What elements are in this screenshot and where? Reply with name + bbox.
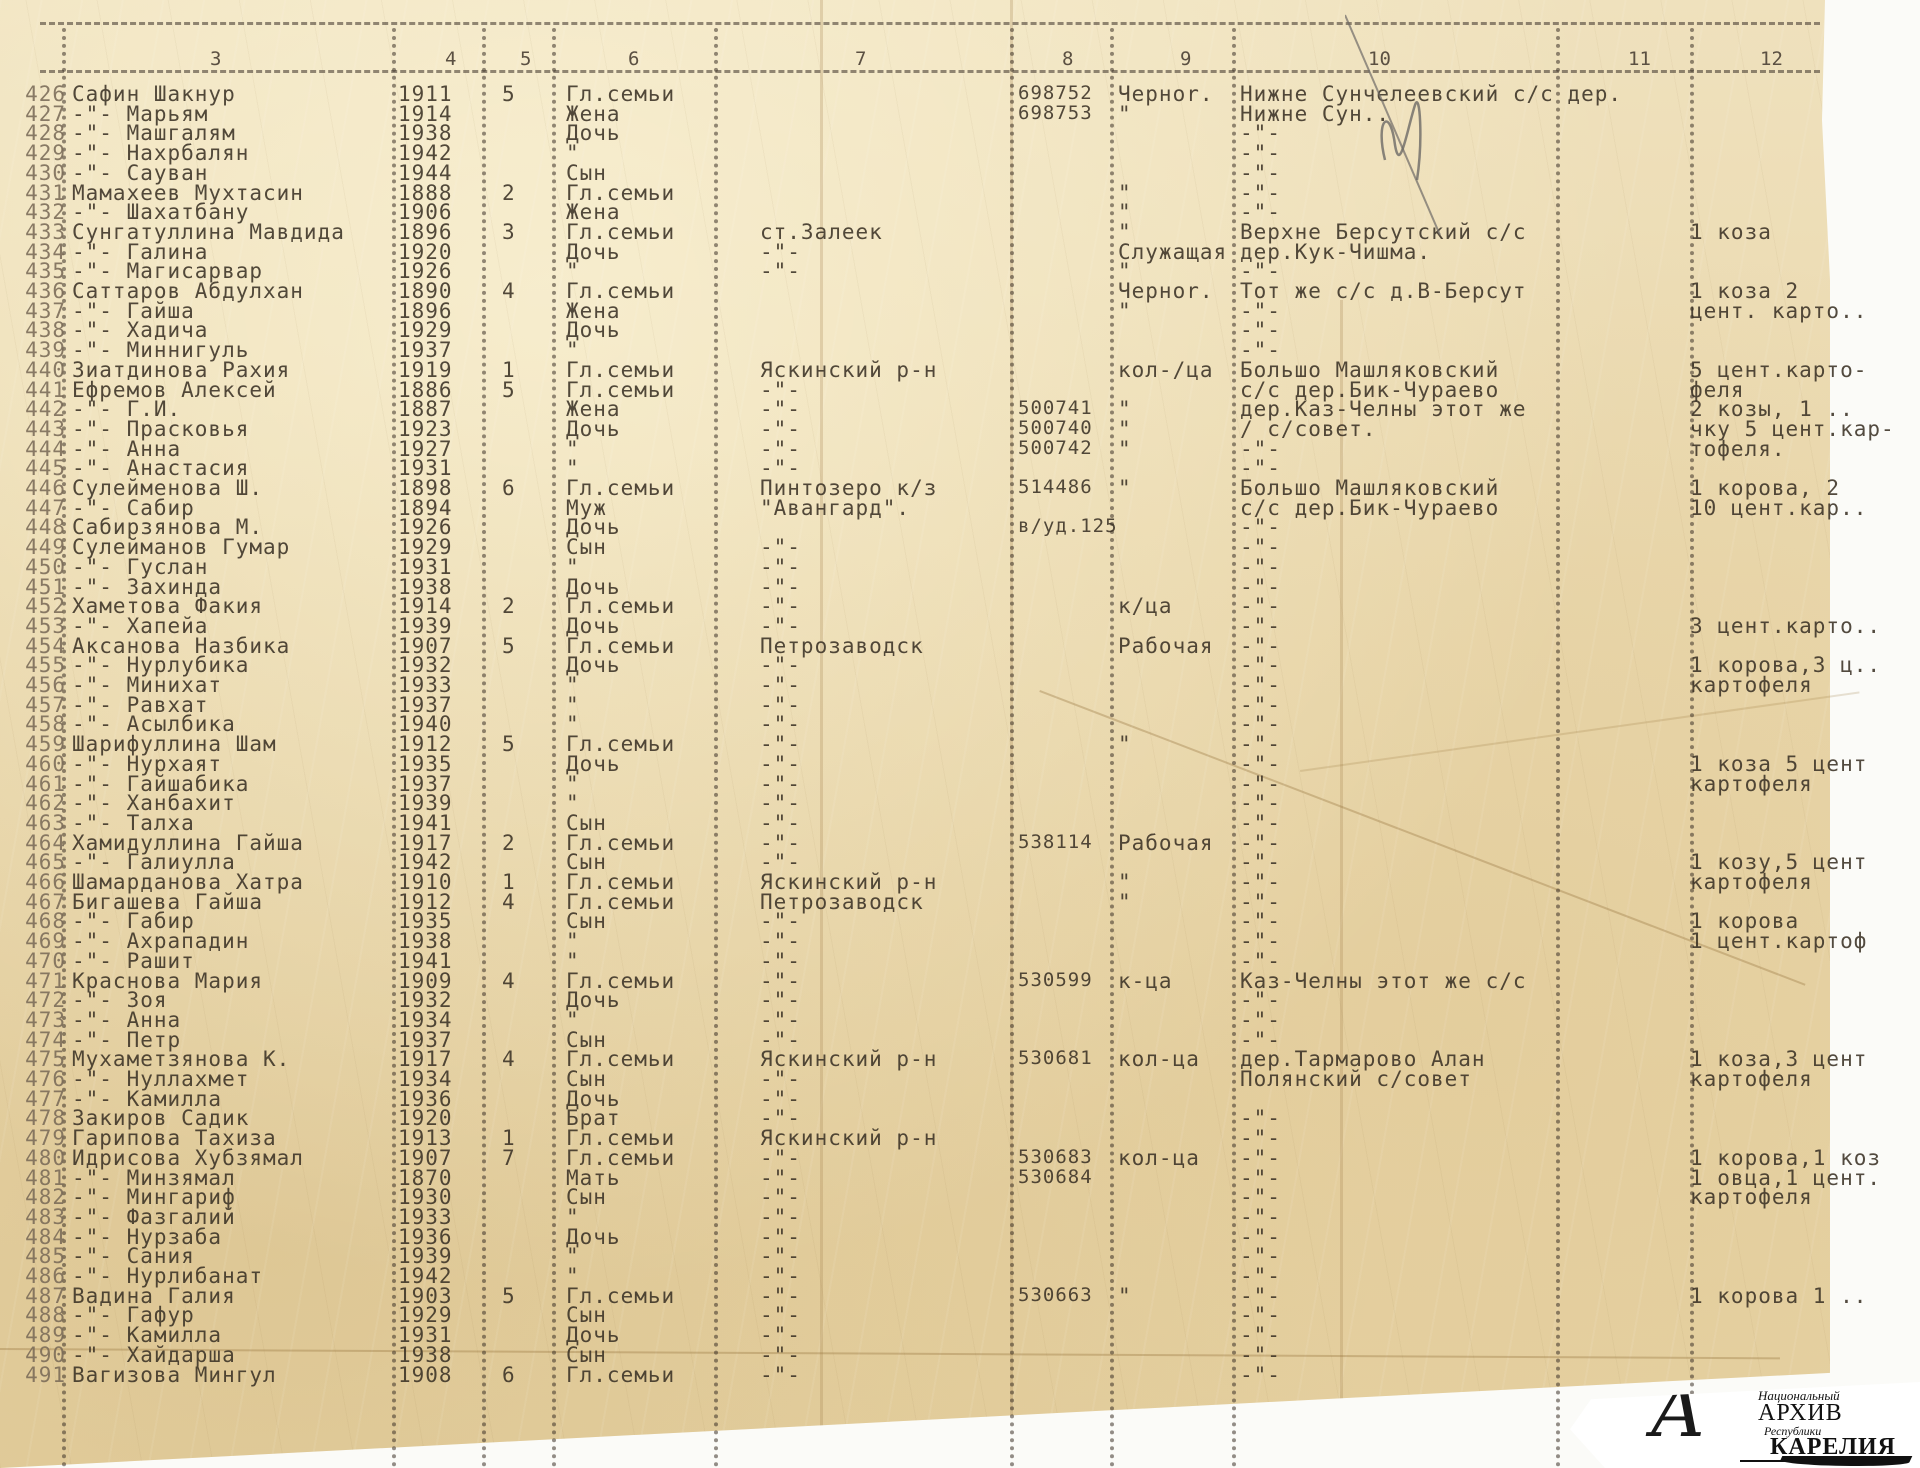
family-size: 2 [502,181,516,205]
occupation: " [1118,890,1132,914]
column-header-6: 6 [628,48,639,70]
passport-number: 500742 [1018,437,1093,459]
column-separator [1556,28,1560,1468]
passport-number: 698752 [1018,82,1093,104]
register-table: 3 4 5 6 7 8 9 10 11 12 426Сафин Шакнур19… [0,0,1830,1468]
column-header-12: 12 [1760,48,1783,70]
column-header-3: 3 [210,48,221,70]
passport-number: 514486 [1018,476,1093,498]
passport-number: 530683 [1018,1146,1093,1168]
occupation: " [1118,102,1132,126]
home-address: Тот же с/с д.В-Берсут [1240,279,1527,303]
family-size: 5 [502,378,516,402]
pencil-mark-icon [1345,10,1455,240]
occupation: кол-ца [1118,1047,1200,1071]
family-size: 2 [502,594,516,618]
property: картофеля [1690,1067,1813,1091]
property: картофеля [1690,1185,1813,1209]
column-header-7: 7 [855,48,866,70]
occupation: " [1118,732,1132,756]
occupation: " [1118,437,1132,461]
passport-number: 530684 [1018,1166,1093,1188]
occupation: " [1118,476,1132,500]
column-separator [1690,28,1694,1468]
passport-number: 538114 [1018,831,1093,853]
logo-line-archive: АРХИВ [1758,1400,1843,1427]
person-name: Вагизова Мингул [72,1363,277,1387]
family-size: 4 [502,279,516,303]
occupation: Рабочая [1118,831,1214,855]
passport-number: 500740 [1018,417,1093,439]
passport-number: 530663 [1018,1284,1093,1306]
column-separator [552,28,556,1468]
passport-number: 530599 [1018,969,1093,991]
column-header-5: 5 [520,48,531,70]
property: картофеля [1690,673,1813,697]
column-header-4: 4 [445,48,456,70]
property: цент. карто.. [1690,299,1867,323]
column-separator [1232,28,1236,1468]
column-separator [714,28,718,1468]
header-bottom-rule [40,70,1820,73]
origin-place: "Авангард". [760,496,910,520]
property: 3 цент.карто.. [1690,614,1881,638]
family-size: 5 [502,1284,516,1308]
column-header-8: 8 [1062,48,1073,70]
property: 1 корова 1 .. [1690,1284,1867,1308]
passport-number: 500741 [1018,397,1093,419]
home-address: Полянский с/совет [1240,1067,1472,1091]
family-size: 6 [502,476,516,500]
occupation: " [1118,1284,1132,1308]
passport-number: 530681 [1018,1047,1093,1069]
family-size: 5 [502,634,516,658]
family-size: 3 [502,220,516,244]
column-header-9: 9 [1180,48,1191,70]
occupation: " [1118,299,1132,323]
property: 1 цент.картоф [1690,929,1867,953]
family-size: 4 [502,890,516,914]
occupation: кол-ца [1118,1146,1200,1170]
origin-place: -"- [760,259,801,283]
passport-number: 698753 [1018,102,1093,124]
family-size: 4 [502,969,516,993]
origin-place: -"- [760,1363,801,1387]
home-address: -"- [1240,1363,1281,1387]
occupation: кол-/ца [1118,358,1214,382]
column-header-11: 11 [1628,48,1651,70]
property: картофеля [1690,870,1813,894]
property: 10 цент.кар.. [1690,496,1867,520]
occupation: Рабочая [1118,634,1214,658]
header-top-rule [40,22,1820,25]
family-size: 6 [502,1363,516,1387]
occupation: Черноr. [1118,279,1214,303]
passport-number: в/уд.125 [1018,515,1118,537]
quill-feather-icon [1778,1456,1913,1466]
family-size: 4 [502,1047,516,1071]
family-size: 5 [502,82,516,106]
property: тофеля. [1690,437,1786,461]
occupation: к-ца [1118,969,1173,993]
property: 1 коза [1690,220,1772,244]
column-separator [1010,28,1014,1468]
occupation: Служащая [1118,240,1227,264]
family-size: 7 [502,1146,516,1170]
family-size: 5 [502,732,516,756]
column-separator [392,28,396,1468]
column-separator [1110,28,1114,1468]
property: картофеля [1690,772,1813,796]
occupation: к/ца [1118,594,1173,618]
family-size: 2 [502,831,516,855]
home-address: Каз-Челны этот же с/с [1240,969,1527,993]
birth-year: 1908 [398,1363,453,1387]
occupation: Черноr. [1118,82,1214,106]
column-separator [482,28,486,1468]
row-number: 491 [10,1363,66,1387]
relation: Гл.семьи [566,1363,675,1387]
